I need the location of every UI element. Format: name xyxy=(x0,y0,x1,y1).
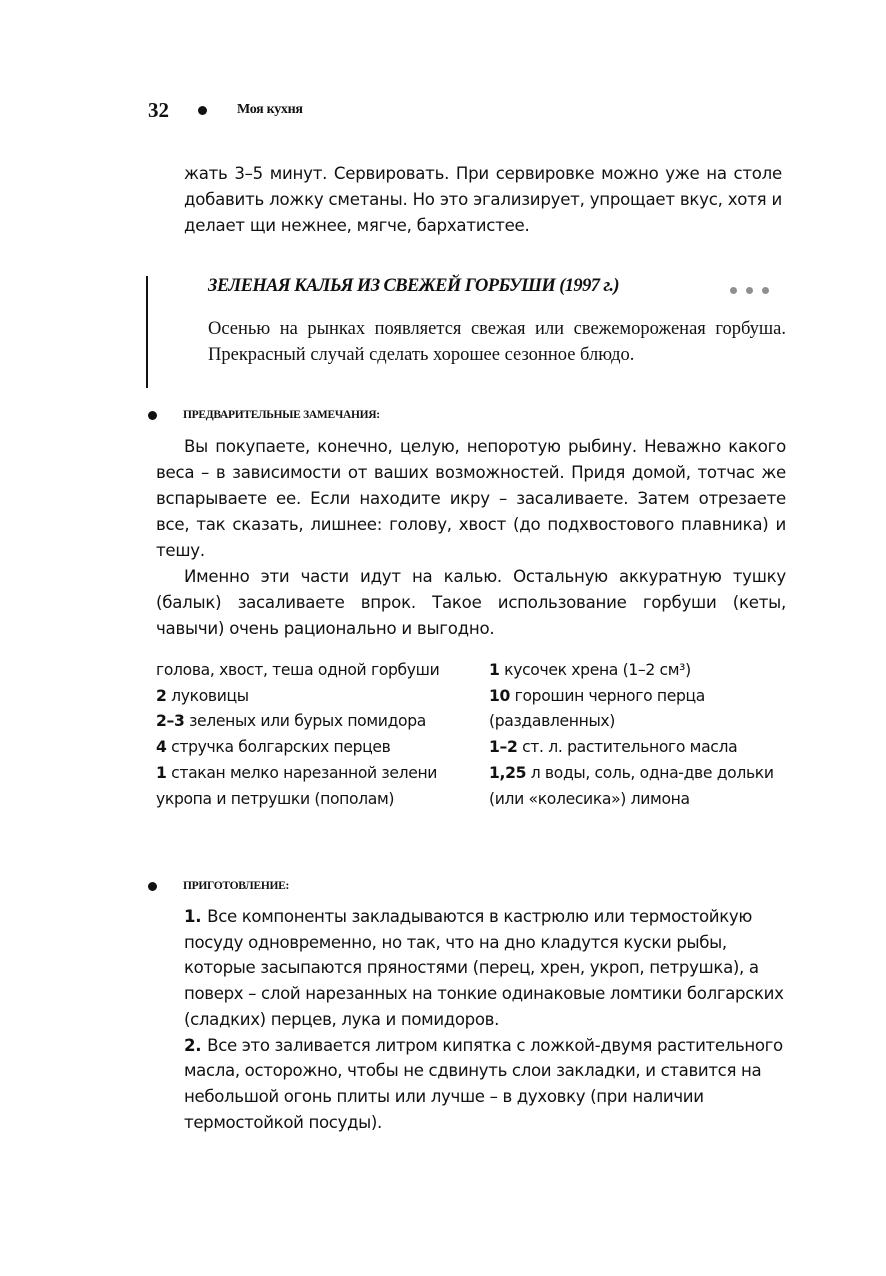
step-2: 2.Все это заливается литром кипятка с ло… xyxy=(184,1033,784,1136)
ingredient-item: 1 кусочек хрена (1–2 см³) xyxy=(489,658,789,684)
ingredient-item: 10 горошин черного перца (раздавленных) xyxy=(489,684,789,735)
recipe-title: ЗЕЛЕНАЯ КАЛЬЯ ИЗ СВЕЖЕЙ ГОРБУШИ (1997 г.… xyxy=(208,276,619,297)
section-label: ПРЕДВАРИТЕЛЬНЫЕ ЗАМЕЧАНИЯ: xyxy=(183,409,380,421)
step-1: 1.Все компоненты закладываются в кастрюл… xyxy=(184,904,784,1033)
ingredient-item: 1–2 ст. л. растительного масла xyxy=(489,735,789,761)
recipe-intro: Осенью на рынках появляется свежая или с… xyxy=(208,316,786,368)
running-head: 32 Моя кухня xyxy=(148,96,303,124)
bullet-icon xyxy=(148,411,157,420)
ingredients-list: голова, хвост, теша одной горбуши 2 луко… xyxy=(156,658,796,812)
section-heading-preparation: ПРИГОТОВЛЕНИЕ: xyxy=(148,880,289,892)
ingredients-column-right: 1 кусочек хрена (1–2 см³) 10 горошин чер… xyxy=(489,658,789,812)
section-heading-preliminary: ПРЕДВАРИТЕЛЬНЫЕ ЗАМЕЧАНИЯ: xyxy=(148,409,380,421)
ingredient-item: 1,25 л воды, соль, одна-две дольки (или … xyxy=(489,761,789,812)
bullet-icon xyxy=(148,882,157,891)
decorative-dots-icon xyxy=(730,287,769,294)
ingredient-item: 1 стакан мелко нарезанной зелени укропа … xyxy=(156,761,489,812)
book-title: Моя кухня xyxy=(237,102,303,118)
page-number: 32 xyxy=(148,98,198,123)
preparation-steps: 1.Все компоненты закладываются в кастрюл… xyxy=(184,904,784,1135)
paragraph: Именно эти части идут на калью. Остальну… xyxy=(156,564,786,642)
ingredient-item: голова, хвост, теша одной горбуши xyxy=(156,658,489,684)
ingredient-item: 2 луковицы xyxy=(156,684,489,710)
recipe-intro-block: ЗЕЛЕНАЯ КАЛЬЯ ИЗ СВЕЖЕЙ ГОРБУШИ (1997 г.… xyxy=(146,272,791,390)
continuation-text: жать 3–5 минут. Сервировать. При сервиро… xyxy=(184,161,782,239)
ingredient-item: 2–3 зеленых или бурых помидора xyxy=(156,709,489,735)
ingredient-item: 4 стручка болгарских перцев xyxy=(156,735,489,761)
paragraph: Вы покупаете, конечно, целую, непоротую … xyxy=(156,434,786,564)
ingredients-column-left: голова, хвост, теша одной горбуши 2 луко… xyxy=(156,658,489,812)
continuation-paragraph: жать 3–5 минут. Сервировать. При сервиро… xyxy=(184,161,782,239)
preliminary-text: Вы покупаете, конечно, целую, непоротую … xyxy=(156,434,786,642)
vertical-rule xyxy=(146,276,148,388)
section-label: ПРИГОТОВЛЕНИЕ: xyxy=(183,880,289,892)
bullet-icon xyxy=(198,106,207,115)
